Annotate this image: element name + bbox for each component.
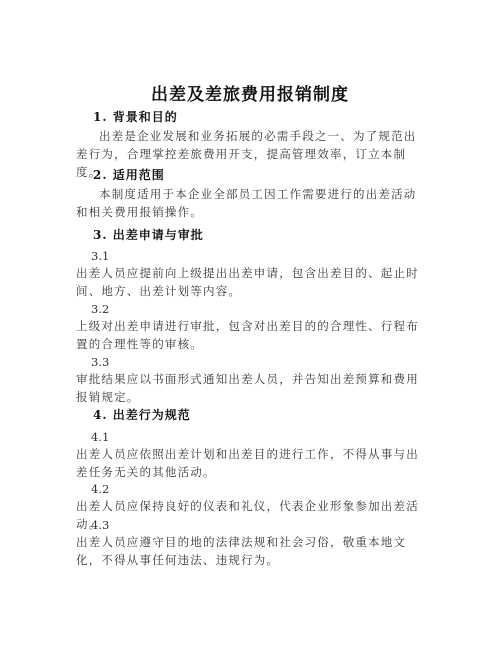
document-title: 出差及差旅费用报销制度 [0,80,500,105]
section-2-text: 本制度适用于本企业全部员工因工作需要进行的出差活动和相关费用报销操作。 [76,185,428,221]
item-text-4-2: 出差人员应保持良好的仪表和礼仪，代表企业形象参加出差活动。 [76,497,428,533]
item-number-4-2: 4.2 [91,482,109,496]
document-page: 出差及差旅费用报销制度 1. 背景和目的 出差是企业发展和业务拓展的必需手段之一… [0,0,500,647]
item-text-4-1: 出差人员应依照出差计划和出差目的进行工作，不得从事与出差任务无关的其他活动。 [76,445,428,481]
section-heading-1: 1. 背景和目的 [93,108,178,125]
item-text-3-2: 上级对出差申请进行审批，包含对出差目的的合理性、行程布置的合理性等的审核。 [76,317,428,353]
item-number-4-1: 4.1 [91,430,109,444]
section-heading-2: 2. 适用范围 [93,166,165,183]
item-number-4-3: 4.3 [91,518,109,532]
item-text-3-1: 出差人员应提前向上级提出出差申请，包含出差目的、起止时间、地方、出差计划等内容。 [76,264,428,300]
item-number-3-2: 3.2 [91,302,109,316]
item-number-3-3: 3.3 [91,355,109,369]
item-text-3-3: 审批结果应以书面形式通知出差人员，并告知出差预算和费用报销规定。 [76,370,428,406]
item-number-3-1: 3.1 [91,249,109,263]
section-heading-4: 4. 出差行为规范 [93,406,191,423]
item-text-4-3: 出差人员应遵守目的地的法律法规和社会习俗，敬重本地文化，不得从事任何违法、违规行… [76,533,428,569]
section-heading-3: 3. 出差申请与审批 [93,226,204,243]
